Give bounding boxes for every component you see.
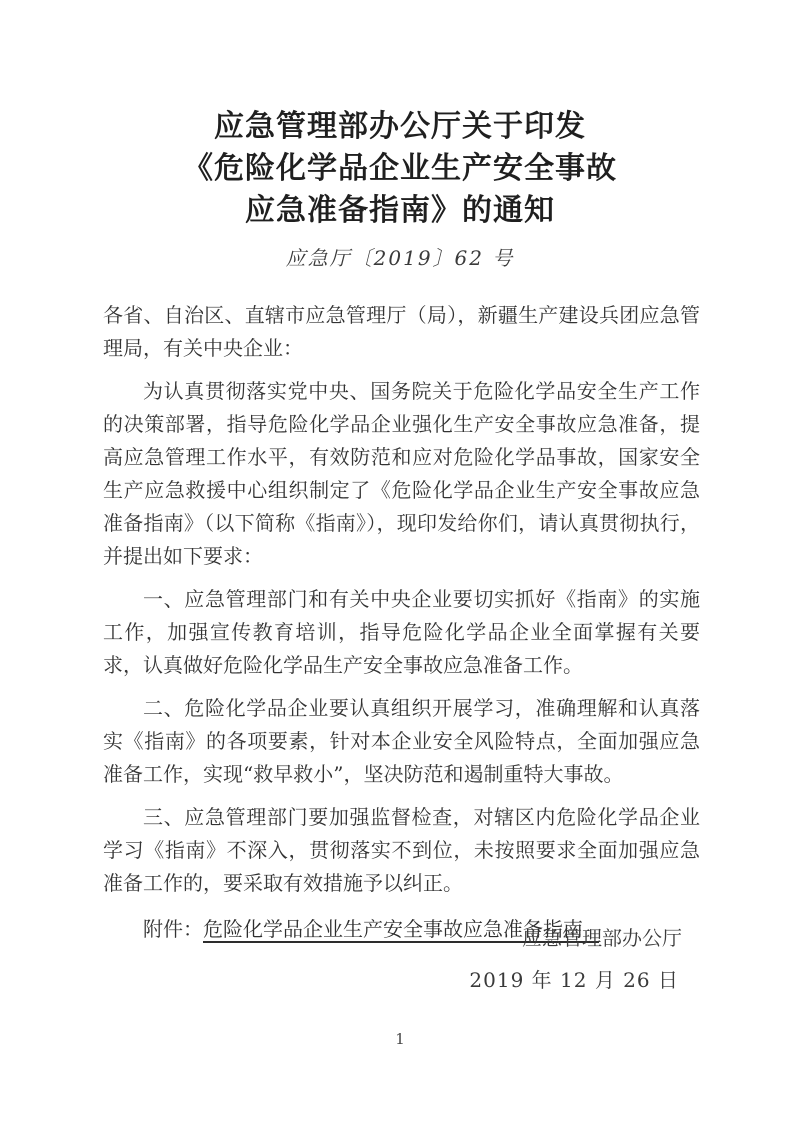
- document-page: 应急管理部办公厅关于印发 《危险化学品企业生产安全事故 应急准备指南》的通知 应…: [0, 0, 800, 1131]
- salutation: 各省、自治区、直辖市应急管理厅（局），新疆生产建设兵团应急管理局，有关中央企业：: [103, 299, 700, 365]
- document-header: 应急管理部办公厅关于印发 《危险化学品企业生产安全事故 应急准备指南》的通知 应…: [0, 0, 800, 271]
- paragraph-intro: 为认真贯彻落实党中央、国务院关于危险化学品安全生产工作的决策部署，指导危险化学品…: [103, 375, 700, 573]
- document-number: 应急厅〔2019〕62 号: [0, 242, 800, 271]
- issue-date: 2019 年 12 月 26 日: [469, 964, 679, 993]
- title-line-3: 应急准备指南》的通知: [0, 190, 800, 232]
- signature-block: 应急管理部办公厅 2019 年 12 月 26 日: [469, 922, 700, 993]
- paragraph-item-2: 二、危险化学品企业要认真组织开展学习，准确理解和认真落实《指南》的各项要素，针对…: [103, 692, 700, 791]
- title-line-1: 应急管理部办公厅关于印发: [0, 106, 800, 148]
- title-line-2: 《危险化学品企业生产安全事故: [0, 148, 800, 190]
- page-number: 1: [0, 1030, 800, 1048]
- issuing-organization: 应急管理部办公厅: [469, 922, 682, 951]
- paragraph-item-3: 三、应急管理部门要加强监督检查，对辖区内危险化学品企业学习《指南》不深入，贯彻落…: [103, 801, 700, 900]
- document-title: 应急管理部办公厅关于印发 《危险化学品企业生产安全事故 应急准备指南》的通知: [0, 106, 800, 232]
- paragraph-item-1: 一、应急管理部门和有关中央企业要切实抓好《指南》的实施工作，加强宣传教育培训，指…: [103, 583, 700, 682]
- document-body: 各省、自治区、直辖市应急管理厅（局），新疆生产建设兵团应急管理局，有关中央企业：…: [0, 271, 800, 946]
- attachment-label: 附件：: [143, 917, 203, 941]
